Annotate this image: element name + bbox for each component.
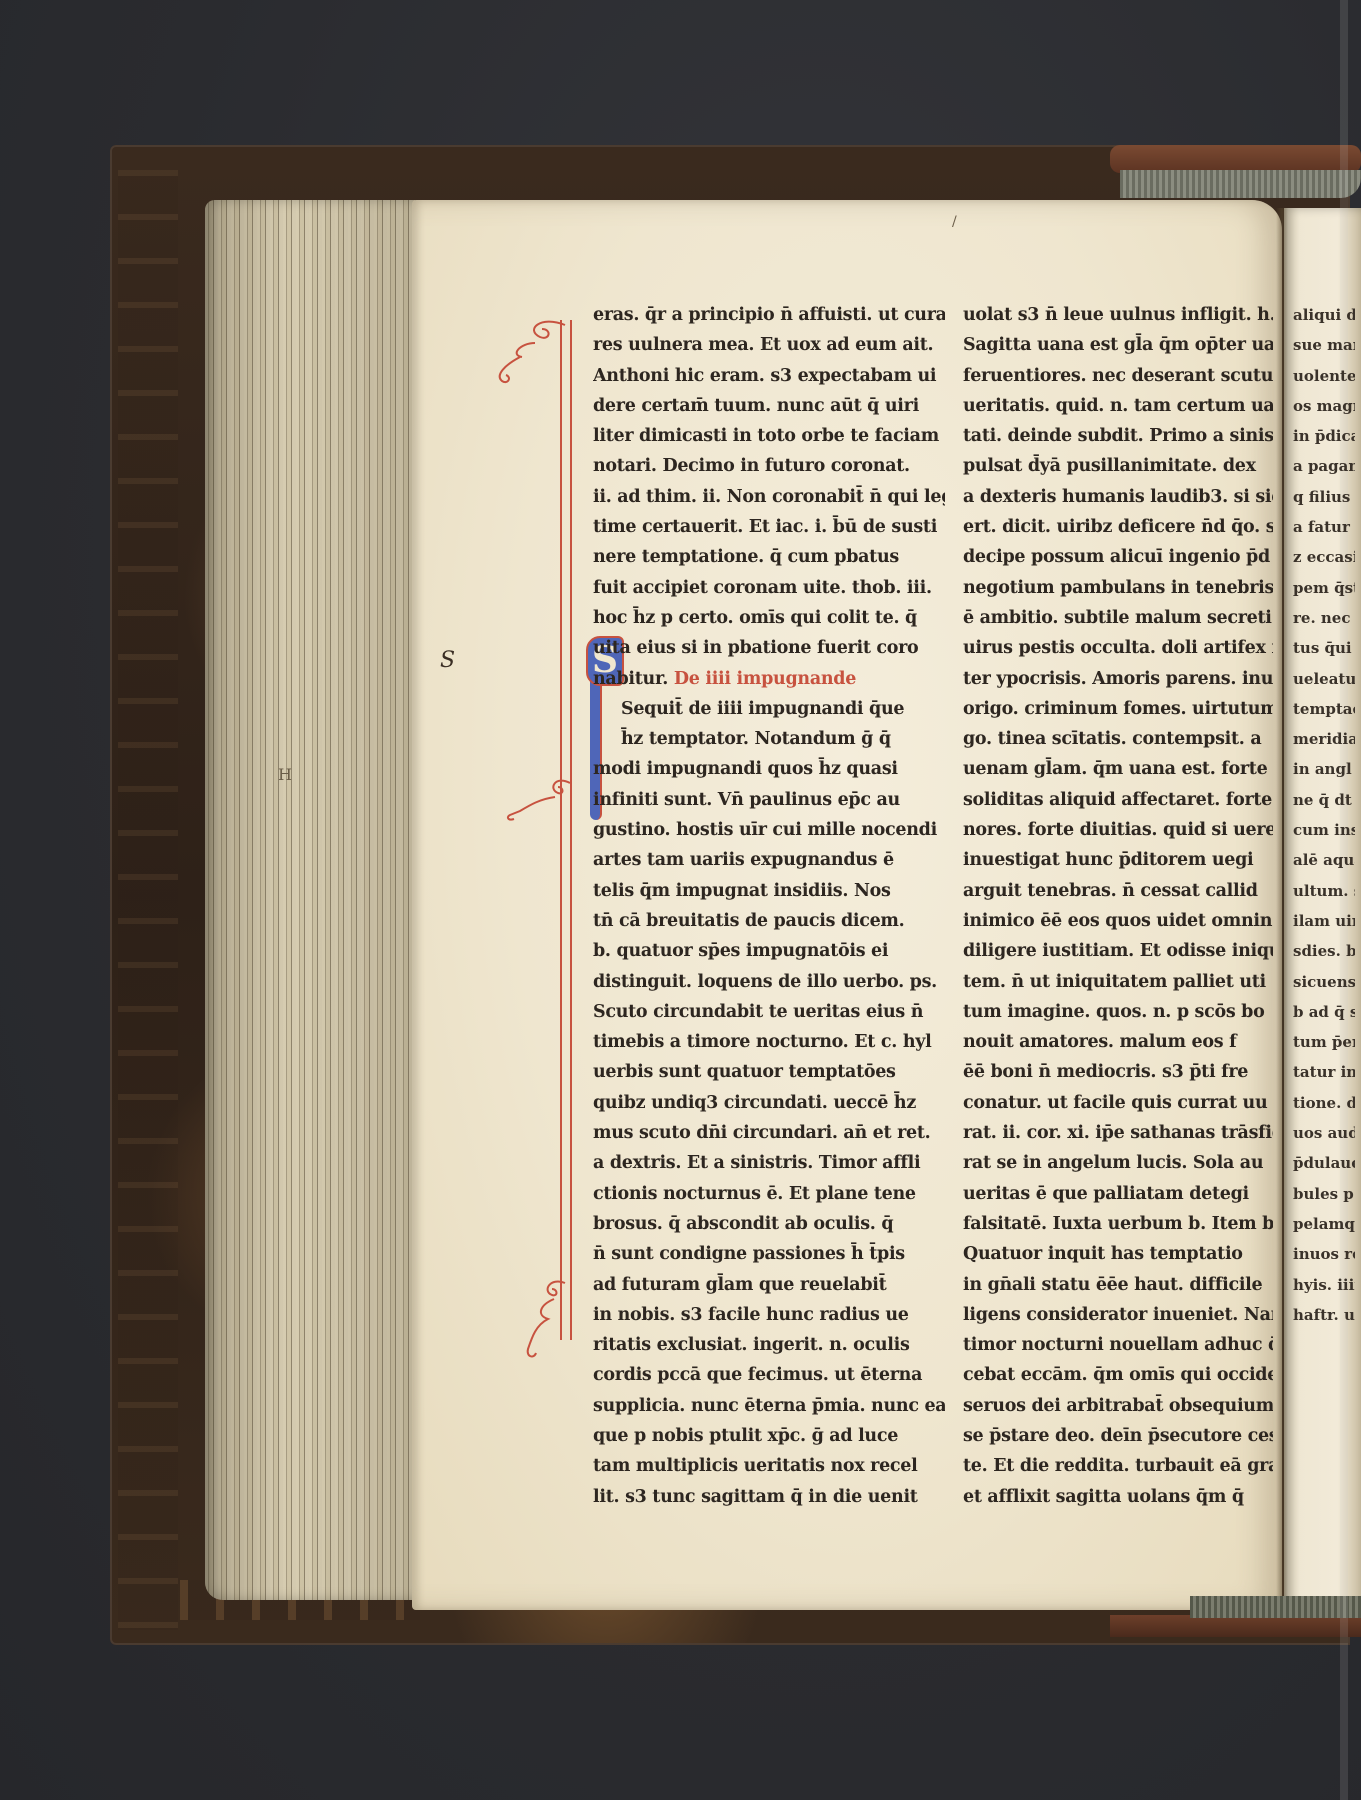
text-line: ueritas ē que palliatam detegi [963,1179,1273,1209]
text-line: p̄dulaueru [1293,1148,1355,1178]
text-line: tum imagine. quos. n. p scōs bo [963,997,1273,1027]
flourish-bottom-icon [520,1275,580,1365]
recto-text-column: aliqui de sue mani uolentes os magni in … [1293,300,1355,1330]
text-line: uos audac [1293,1118,1355,1148]
text-line: feruentiores. nec deserant scutum [963,361,1273,391]
text-line: haftr. ueci [1293,1300,1355,1330]
text-line: uenam gl̄am. q̄m uana est. forte [963,754,1273,784]
text-line: res uulnera mea. Et uox ad eum ait. [593,330,945,360]
rubric-heading: De iiii impugnande [674,669,856,689]
text-line: re. nec ti [1293,603,1355,633]
text-line: Sagitta uana est gl̄a q̄m op̄ter ualo [963,330,1273,360]
text-line: sicuens. [1293,967,1355,997]
text-line: rat. ii. cor. xi. ip̄e sathanas trāsfig [963,1118,1273,1148]
text-line: sue mani [1293,330,1355,360]
text-line: os magni [1293,391,1355,421]
text-line: Scuto circundabit te ueritas eius n̄ [593,997,945,1027]
text-line: nores. forte diuitias. quid si ueren [963,815,1273,845]
text-line: negotium pambulans in tenebris [963,573,1273,603]
text-line: ii. ad thim. ii. Non coronabit̄ n̄ qui l… [593,482,945,512]
text-line: timebis a timore nocturno. Et c. hyl [593,1027,945,1057]
text-line: ne q̄ dt [1293,785,1355,815]
text-line: inuestigat hunc p̄ditorem uegi [963,845,1273,875]
text-line: bules p h [1293,1179,1355,1209]
text-line: tatur in o [1293,1057,1355,1087]
text-line: supplicia. nunc ēterna p̄mia. nunc ea [593,1391,945,1421]
page-block-shade [205,200,415,1600]
text-line: infiniti sunt. Vn̄ paulinus ep̄c au [593,785,945,815]
text-line: in angl [1293,754,1355,784]
text-line: tati. deinde subdit. Primo a sinistris [963,421,1273,451]
text-line: uolentes [1293,361,1355,391]
text-line: tam multiplicis ueritatis nox recel [593,1451,945,1481]
text-line: Sequit̄ de iiii impugnandi q̄ue [593,694,945,724]
text-line: modi impugnandi quos h̄z quasi [593,754,945,784]
text-line: a fatur q̄ [1293,512,1355,542]
text-line: gustino. hostis uīr cui mille nocendi [593,815,945,845]
text-line: tn̄ cā breuitatis de paucis dicem. [593,906,945,936]
text-line: telis q̄m impugnat insidiis. Nos [593,876,945,906]
text-line: dere certam̄ tuum. nunc aūt q̄ uiri [593,391,945,421]
text-line: lit. s3 tunc sagittam q̄ in die uenit [593,1482,945,1512]
headband-top [1120,170,1361,198]
text-line: cum insid [1293,815,1355,845]
text-line: ctionis nocturnus ē. Et plane tene [593,1179,945,1209]
text-line: z eccasite [1293,542,1355,572]
text-line: n̄ sunt condigne passiones h̄ t̄pis [593,1239,945,1269]
text-line: b ad q̄ se [1293,997,1355,1027]
text-line: ultum. s3 [1293,876,1355,906]
text-line: timor nocturni nouellam adhuc q̄ [963,1330,1273,1360]
text-line: q filius f [1293,482,1355,512]
text-line: tione. dele [1293,1088,1355,1118]
text-line: hyis. iiii. [1293,1270,1355,1300]
edge-note-h: H [278,765,292,784]
text-line: decipe possum alicuī ingenio p̄d [963,542,1273,572]
text-line: arguit tenebras. n̄ cessat callid [963,876,1273,906]
text-line: h̄z temptator. Notandum ḡ q̄ [593,724,945,754]
text-line: que p nobis ptulit xp̄c. ḡ ad luce [593,1421,945,1451]
text-line: sdies. b [1293,936,1355,966]
text-line: ritatis exclusiat. ingerit. n. oculis [593,1330,945,1360]
text-line: a dextris. Et a sinistris. Timor affli [593,1148,945,1178]
text-line: tum p̄erra [1293,1027,1355,1057]
gutter [1276,208,1288,1608]
text-line: tus q̄ui [1293,633,1355,663]
text-line: ad futuram gl̄am que reuelabit̄ [593,1270,945,1300]
text-line: cordis pccā que fecimus. ut ēterna [593,1360,945,1390]
text-line: se p̄stare deo. deīn p̄secutore cessa [963,1421,1273,1451]
text-line: fuit accipiet coronam uite. thob. iii. [593,573,945,603]
text-line: ueritatis. quid. n. tam certum uanī [963,391,1273,421]
text-line: in gn̄ali statu ēēe haut. difficile [963,1270,1273,1300]
text-line: inuos rede [1293,1239,1355,1269]
text-line: go. tinea scītatis. contempsit. a [963,724,1273,754]
text-line: distinguit. loquens de illo uerbo. ps. [593,967,945,997]
text-line: hoc h̄z p certo. omīs qui colit te. q̄ [593,603,945,633]
text-line: inimico ēē eos quos uidet omnino [963,906,1273,936]
flourish-middle-icon [500,775,580,835]
text-fragment: nabitur. [593,669,674,689]
text-line: Quatuor inquit has temptatio [963,1239,1273,1269]
text-line: uerbis sunt quatuor temptatōes [593,1057,945,1087]
text-line: uolat s3 n̄ leue uulnus infligit. h. [963,300,1273,330]
flourish-top-icon [480,315,580,395]
folio-mark: / [952,214,957,230]
board-edge-top [1110,145,1361,173]
text-line: ert. dicit. uiribz deficere n̄d q̄o. s3 … [963,512,1273,542]
text-line: falsitatē. Iuxta uerbum b. Item b [963,1209,1273,1239]
text-line: ter ypocrisis. Amoris parens. inuip [963,664,1273,694]
text-line: tem. n̄ ut iniquitatem palliet uti [963,967,1273,997]
text-line: conatur. ut facile quis currat uu [963,1088,1273,1118]
text-line: cebat eccām. q̄m omīs qui occide [963,1360,1273,1390]
text-line: rat se in angelum lucis. Sola au [963,1148,1273,1178]
text-line: ueleatur [1293,664,1355,694]
text-line: ilam uira [1293,906,1355,936]
text-column-a: eras. q̄r a principio n̄ affuisti. ut cu… [593,300,945,1512]
text-line: meridian [1293,724,1355,754]
board-edge-bottom [1110,1615,1361,1637]
text-line: aliqui de [1293,300,1355,330]
text-line: in p̄dicati [1293,421,1355,451]
text-line: Anthoni hic eram. s3 expectabam ui [593,361,945,391]
text-line-with-rubric: nabitur. De iiii impugnande [593,664,945,694]
text-line: ēē boni n̄ mediocris. s3 p̄ti fre [963,1057,1273,1087]
text-line: eras. q̄r a principio n̄ affuisti. ut cu… [593,300,945,330]
text-line: pem q̄stu [1293,573,1355,603]
text-line: a dexteris humanis laudib3. si sic n̄ p [963,482,1273,512]
text-line: ligens considerator inueniet. Nam [963,1300,1273,1330]
text-line: quibz undiq3 circundati. ueccē h̄z [593,1088,945,1118]
text-line: temptac. de [1293,694,1355,724]
text-line: b. quatuor sp̄es impugnatōis ei [593,936,945,966]
marginal-note-s: S [440,648,455,673]
text-line: pelamque [1293,1209,1355,1239]
text-line: nere temptatione. q̄ cum pbatus [593,542,945,572]
text-line: seruos dei arbitrabat̄ obsequium [963,1391,1273,1421]
text-line: mus scuto dn̄i circundari. an̄ et ret. [593,1118,945,1148]
text-line: uirus pestis occulta. doli artifex m [963,633,1273,663]
text-line: et afflixit sagitta uolans q̄m q̄ [963,1482,1273,1512]
text-line: notari. Decimo in futuro coronat. [593,451,945,481]
text-line: nouit amatores. malum eos f [963,1027,1273,1057]
headband-bottom [1190,1596,1361,1618]
text-line: uita eius si in pbatione fuerit coro [593,633,945,663]
cover-tooling-left [118,170,178,1630]
text-line: brosus. q̄ abscondit ab oculis. q̄ [593,1209,945,1239]
text-line: pulsat d̄yā pusillanimitate. dex [963,451,1273,481]
text-line: origo. criminum fomes. uirtutum [963,694,1273,724]
text-line: alē aqua [1293,845,1355,875]
text-line: liter dimicasti in toto orbe te faciam [593,421,945,451]
text-column-b: uolat s3 n̄ leue uulnus infligit. h. Sag… [963,300,1273,1512]
text-line: ē ambitio. subtile malum secreti [963,603,1273,633]
text-line: diligere iustitiam. Et odisse iniqui [963,936,1273,966]
text-line: te. Et die reddita. turbauit eā gra [963,1451,1273,1481]
text-line: time certauerit. Et iac. i. b̄ū de susti [593,512,945,542]
text-line: a pagani [1293,451,1355,481]
text-line: artes tam uariis expugnandus ē [593,845,945,875]
text-line: soliditas aliquid affectaret. forte h [963,785,1273,815]
text-line: in nobis. s3 facile hunc radius ue [593,1300,945,1330]
